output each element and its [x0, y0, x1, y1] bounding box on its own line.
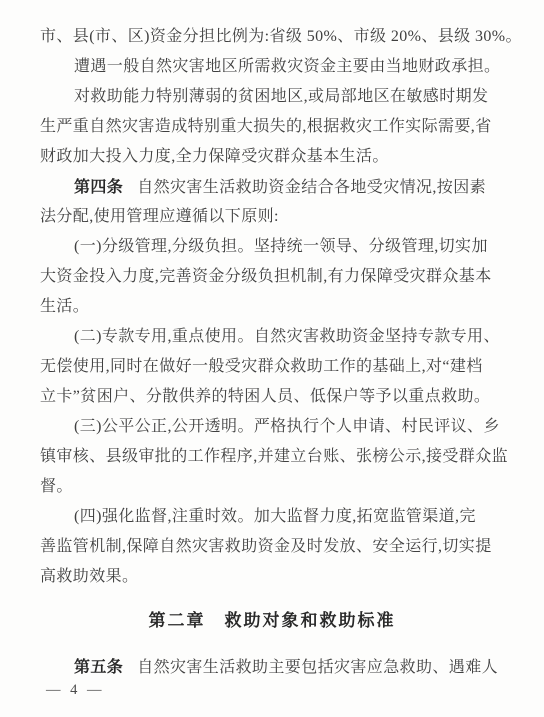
text-line-item-4: (四)强化监督,注重时效。加大监督力度,拓宽监管渠道,完	[40, 502, 510, 532]
document-body: 市、县(市、区)资金分担比例为:省级 50%、市级 20%、县级 30%。 遭遇…	[0, 0, 544, 592]
page-number: — 4 —	[46, 682, 105, 699]
text-line: 督。	[40, 472, 510, 502]
line-text: 自然灾害生活救助主要包括灾害应急救助、遇难人	[137, 659, 498, 676]
text-line-article-4: 第四条自然灾害生活救助资金结合各地受灾情况,按因素	[40, 172, 510, 202]
article-number: 第四条	[74, 177, 123, 196]
text-line: 无偿使用,同时在做好一般受灾群众救助工作的基础上,对“建档	[40, 352, 510, 382]
text-line-item-2: (二)专款专用,重点使用。自然灾害救助资金坚持专款专用、	[40, 322, 510, 352]
line-text: 自然灾害生活救助资金结合各地受灾情况,按因素	[137, 179, 486, 196]
text-line-item-3: (三)公平公正,公开透明。严格执行个人申请、村民评议、乡	[40, 412, 510, 442]
text-line: 市、县(市、区)资金分担比例为:省级 50%、市级 20%、县级 30%。	[40, 22, 510, 52]
text-line: 法分配,使用管理应遵循以下原则:	[40, 202, 510, 232]
text-line: 生活。	[40, 292, 510, 322]
scanned-document-page: 市、县(市、区)资金分担比例为:省级 50%、市级 20%、县级 30%。 遭遇…	[0, 0, 544, 717]
text-line: 财政加大投入力度,全力保障受灾群众基本生活。	[40, 142, 510, 172]
text-line: 立卡”贫困户、分散供养的特困人员、低保户等予以重点救助。	[40, 382, 510, 412]
chapter-heading: 第二章 救助对象和救助标准	[0, 606, 544, 636]
text-line: 对救助能力特别薄弱的贫困地区,或局部地区在敏感时期发	[40, 82, 510, 112]
text-line: 遭遇一般自然灾害地区所需救灾资金主要由当地财政承担。	[40, 52, 510, 82]
text-line-article-5: 第五条自然灾害生活救助主要包括灾害应急救助、遇难人	[40, 652, 510, 682]
text-line: 高救助效果。	[40, 562, 510, 592]
text-line: 大资金投入力度,完善资金分级负担机制,有力保障受灾群众基本	[40, 262, 510, 292]
text-line: 生严重自然灾害造成特别重大损失的,根据救灾工作实际需要,省	[40, 112, 510, 142]
text-line: 善监管机制,保障自然灾害救助资金及时发放、安全运行,切实提	[40, 532, 510, 562]
article-number: 第五条	[74, 657, 123, 676]
document-body-continued: 第五条自然灾害生活救助主要包括灾害应急救助、遇难人	[0, 636, 544, 682]
text-line-item-1: (一)分级管理,分级负担。坚持统一领导、分级管理,切实加	[40, 232, 510, 262]
text-line: 镇审核、县级审批的工作程序,并建立台账、张榜公示,接受群众监	[40, 442, 510, 472]
